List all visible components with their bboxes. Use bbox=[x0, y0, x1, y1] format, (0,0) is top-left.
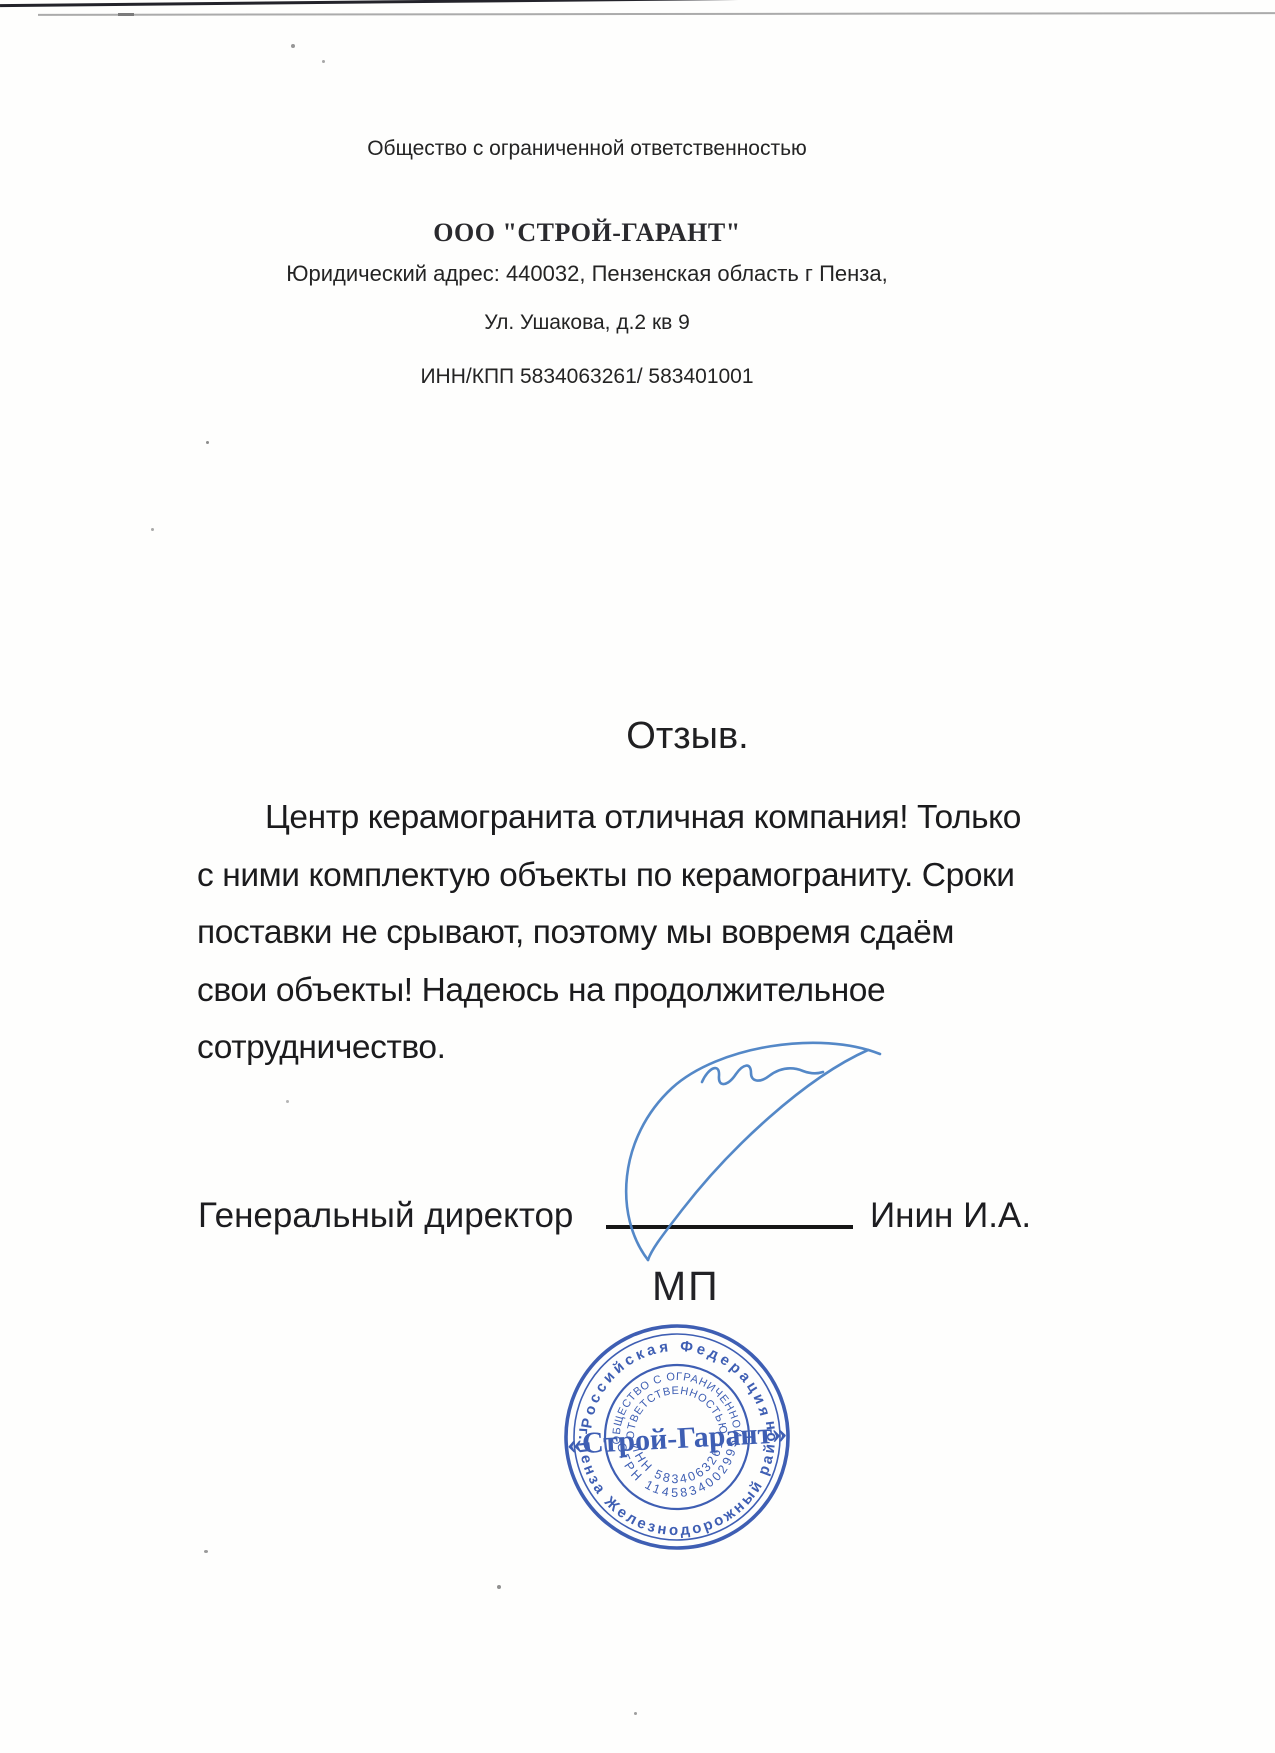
review-line: Центр керамогранита отличная компания! Т… bbox=[197, 789, 1097, 847]
scan-speck bbox=[151, 528, 154, 531]
review-line: с ними комплектую объекты по керамограни… bbox=[197, 847, 1097, 905]
scan-artifact-mark bbox=[118, 13, 134, 16]
header-divider bbox=[0, 0, 852, 7]
scan-speck bbox=[322, 60, 325, 63]
company-stamp: Российская Федерация г.Пенза Железнодоро… bbox=[551, 1311, 803, 1563]
scan-speck bbox=[291, 44, 295, 48]
street-address-line: Ул. Ушакова, д.2 кв 9 bbox=[157, 311, 1017, 335]
legal-address-line: Юридический адрес: 440032, Пензенская об… bbox=[157, 261, 1017, 287]
company-name: ООО "СТРОЙ-ГАРАНТ" bbox=[157, 218, 1017, 248]
inn-kpp-line: ИНН/КПП 5834063261/ 583401001 bbox=[157, 365, 1017, 389]
scan-speck bbox=[286, 1100, 289, 1103]
review-title: Отзыв. bbox=[320, 715, 1055, 758]
stamp-center-name: «Строй-Гарант» bbox=[566, 1416, 788, 1460]
scanned-letter-page: Общество с ограниченной ответственностью… bbox=[0, 0, 1275, 1753]
scan-speck bbox=[497, 1585, 501, 1589]
scan-artifact-line bbox=[38, 12, 1275, 16]
signature-squiggle bbox=[702, 1066, 823, 1084]
org-type-line: Общество с ограниченной ответственностью bbox=[157, 137, 1017, 161]
director-role-label: Генеральный директор bbox=[198, 1196, 573, 1236]
scan-speck bbox=[206, 441, 209, 444]
signature-loop-outer bbox=[626, 1043, 880, 1260]
handwritten-signature bbox=[580, 1020, 900, 1280]
review-line: поставки не срывают, поэтому мы вовремя … bbox=[197, 904, 1097, 962]
review-line: свои объекты! Надеюсь на продолжительное bbox=[197, 962, 1097, 1020]
scan-speck bbox=[634, 1712, 637, 1715]
scan-speck bbox=[204, 1550, 208, 1553]
